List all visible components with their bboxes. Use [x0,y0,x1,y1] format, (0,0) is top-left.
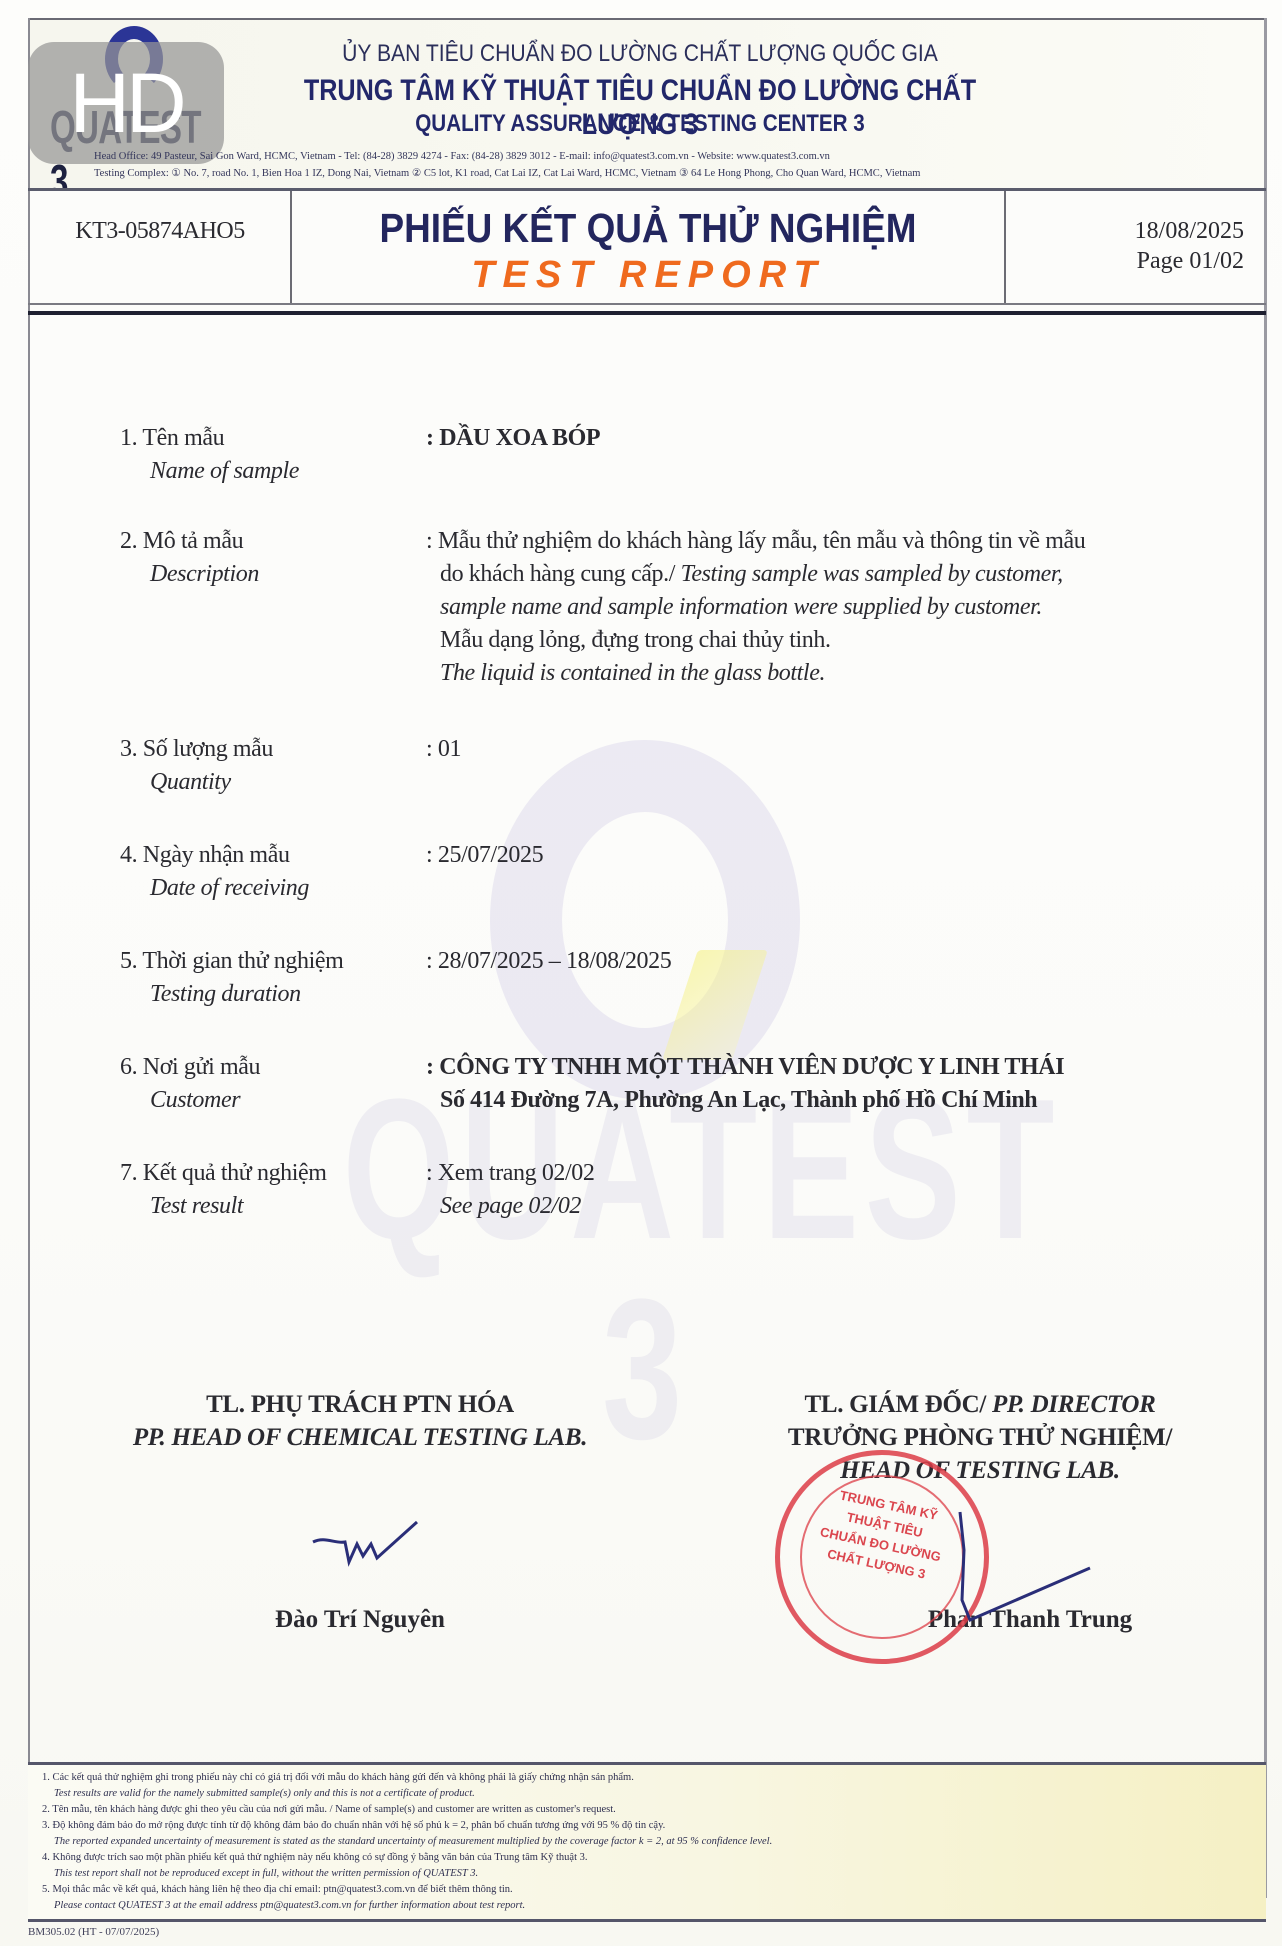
signer-title-vi: TL. GIÁM ĐỐC/ [804,1391,991,1418]
signer-title-line2: TRƯỞNG PHÒNG THỬ NGHIỆM/ [720,1421,1240,1454]
note-line: 4. Không được trích sao một phần phiếu k… [42,1851,1252,1865]
test-result-value: : Xem trang 02/02 See page 02/02 [426,1157,1236,1223]
watermark-ring-icon [490,740,800,1100]
field-label: 2. Mô tả mẫu Description [120,525,430,591]
customer-address: Số 414 Đường 7A, Phường An Lạc, Thành ph… [426,1084,1236,1117]
label-vi: 7. Kết quả thử nghiệm [120,1160,327,1186]
report-code: KT3-05874AHO5 [30,218,290,245]
sample-name-value: : DẦU XOA BÓP [426,422,1236,455]
frame-right-border [1264,18,1267,1898]
description-line: sample name and sample information were … [426,591,1236,624]
description-line: do khách hàng cung cấp./ [440,561,681,587]
note-line: This test report shall not be reproduced… [42,1867,1264,1881]
title-divider-thin [28,303,1266,305]
director-signature-icon [940,1510,1100,1650]
footer-notes: 1. Các kết quả thử nghiệm ghi trong phiế… [28,1762,1266,1922]
date-received-value: : 25/07/2025 [426,839,1236,872]
label-en: Quantity [120,766,430,799]
test-result-vi: : Xem trang 02/02 [426,1157,1236,1190]
quantity-value: : 01 [426,733,1236,766]
label-en: Description [120,558,430,591]
note-line: Please contact QUATEST 3 at the email ad… [42,1899,1264,1913]
label-en: Name of sample [120,455,430,488]
report-date-page: 18/08/2025 Page 01/02 [1006,216,1264,276]
report-date: 18/08/2025 [1006,216,1244,246]
label-en: Test result [120,1190,430,1223]
note-line: Test results are valid for the namely su… [42,1787,1264,1801]
signer-title-en: PP. HEAD OF CHEMICAL TESTING LAB. [80,1421,640,1454]
signer-title-en: PP. DIRECTOR [992,1391,1156,1418]
label-vi: 2. Mô tả mẫu [120,528,243,554]
signer-title-vi: TL. PHỤ TRÁCH PTN HÓA [80,1388,640,1421]
note-line: 2. Tên mẫu, tên khách hàng được ghi theo… [42,1803,1252,1817]
label-vi: 5. Thời gian thử nghiệm [120,948,343,974]
signature-scribble-icon [305,1518,425,1578]
label-en: Customer [120,1084,430,1117]
title-divider-thick [28,311,1266,315]
note-line: 3. Độ không đảm bảo đo mở rộng được tính… [42,1819,1252,1833]
hd-badge: HD [28,42,224,164]
org-name-en: QUALITY ASSURANCE & TESTING CENTER 3 [296,110,984,138]
description-line: The liquid is contained in the glass bot… [426,657,1236,690]
label-vi: 3. Số lượng mẫu [120,736,273,762]
contact-head-office: Head Office: 49 Pasteur, Sai Gon Ward, H… [94,151,1264,162]
org-parent-name: ỦY BAN TIÊU CHUẨN ĐO LƯỜNG CHẤT LƯỢNG QU… [288,40,992,68]
description-line: Mẫu dạng lỏng, đựng trong chai thủy tinh… [426,624,1236,657]
field-label: 7. Kết quả thử nghiệm Test result [120,1157,430,1223]
signer-name: Đào Trí Nguyên [80,1606,640,1634]
field-label: 4. Ngày nhận mẫu Date of receiving [120,839,430,905]
signer-title-line1: TL. GIÁM ĐỐC/ PP. DIRECTOR [720,1388,1240,1421]
test-result-en: See page 02/02 [426,1190,1236,1223]
label-en: Date of receiving [120,872,430,905]
signer-title-line3: HEAD OF TESTING LAB. [720,1454,1240,1487]
field-label: 3. Số lượng mẫu Quantity [120,733,430,799]
customer-value: : CÔNG TY TNHH MỘT THÀNH VIÊN DƯỢC Y LIN… [426,1051,1236,1117]
field-label: 1. Tên mẫu Name of sample [120,422,430,488]
testing-duration-value: : 28/07/2025 – 18/08/2025 [426,945,1236,978]
label-vi: 6. Nơi gửi mẫu [120,1054,260,1080]
contact-testing-complex: Testing Complex: ① No. 7, road No. 1, Bi… [94,167,1264,179]
label-vi: 1. Tên mẫu [120,425,224,451]
report-title-en: TEST REPORT [292,254,1004,297]
description-line: : Mẫu thử nghiệm do khách hàng lấy mẫu, … [426,525,1236,558]
label-vi: 4. Ngày nhận mẫu [120,842,290,868]
label-en: Testing duration [120,978,430,1011]
customer-name: : CÔNG TY TNHH MỘT THÀNH VIÊN DƯỢC Y LIN… [426,1051,1236,1084]
page-number: Page 01/02 [1006,246,1244,276]
description-value: : Mẫu thử nghiệm do khách hàng lấy mẫu, … [426,525,1236,690]
signature-block-director: TL. GIÁM ĐỐC/ PP. DIRECTOR TRƯỞNG PHÒNG … [720,1388,1240,1487]
form-code: BM305.02 (HT - 07/07/2025) [28,1926,159,1938]
test-report-page: QUATEST 3 HD ỦY BAN TIÊU CHUẨN ĐO LƯỜNG … [0,0,1282,1946]
note-line: 1. Các kết quả thử nghiệm ghi trong phiế… [42,1771,1252,1785]
description-line: Testing sample was sampled by customer, [681,561,1063,587]
field-label: 6. Nơi gửi mẫu Customer [120,1051,430,1117]
report-title-vi: PHIẾU KẾT QUẢ THỬ NGHIỆM [328,205,969,252]
note-line: 5. Mọi thắc mắc về kết quả, khách hàng l… [42,1883,1252,1897]
note-line: The reported expanded uncertainty of mea… [42,1835,1264,1849]
signature-block-chemical-lab: TL. PHỤ TRÁCH PTN HÓA PP. HEAD OF CHEMIC… [80,1388,640,1454]
field-label: 5. Thời gian thử nghiệm Testing duration [120,945,430,1011]
